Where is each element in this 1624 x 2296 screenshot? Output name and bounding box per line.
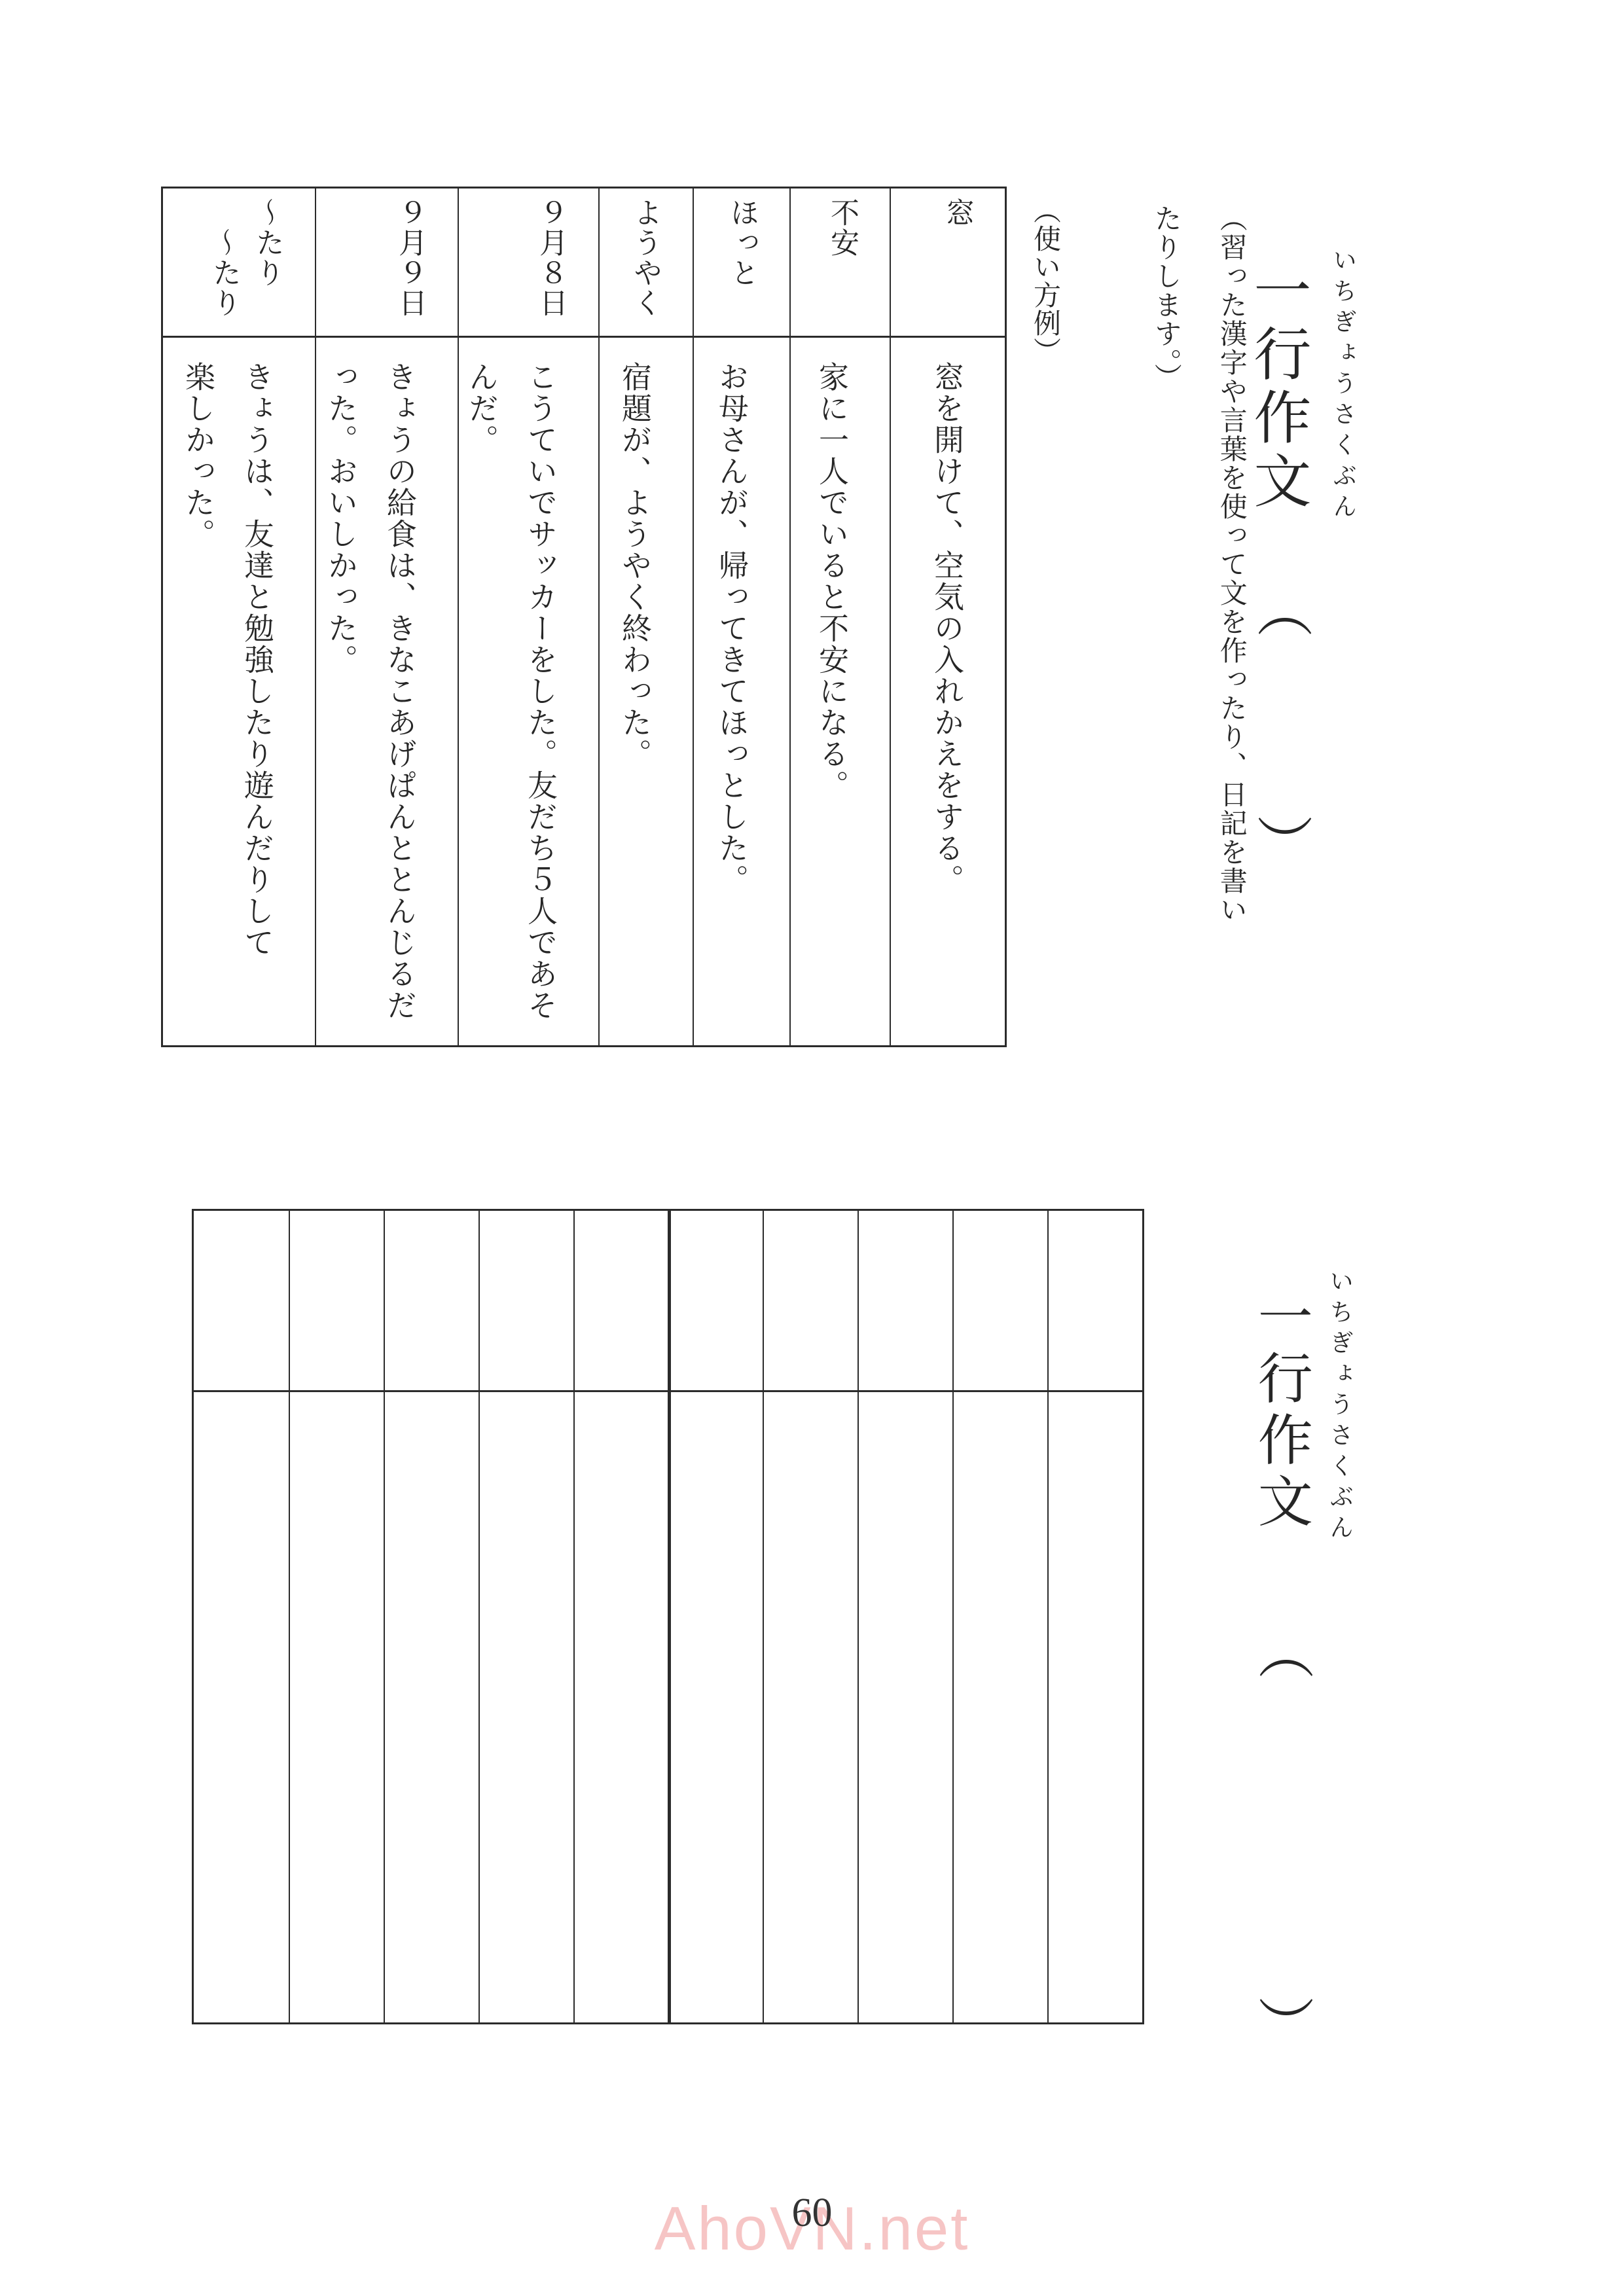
example-sentence-line: 宿題が、ようやく終わった。 <box>605 361 664 1035</box>
example-word: 不安 <box>820 198 863 336</box>
example-word-cell: ９月９日 <box>316 188 458 338</box>
top-paren-open: （ <box>1252 581 1308 637</box>
example-word: ９月９日 <box>388 198 431 336</box>
example-sentence-cell: きょうの給食は、きなこあげぱんととんじるだ った。おいしかった。 <box>316 338 458 1045</box>
example-sentence-line: 窓を開けて、空気の入れかえをする。 <box>917 361 976 1035</box>
practice-sentence-cell <box>384 1392 478 2022</box>
example-column-youyaku: ようやく 宿題が、ようやく終わった。 <box>598 188 693 1045</box>
example-sentence-line: こうていでサッカーをした。友だち５人であそ <box>511 361 569 1035</box>
instruction-note-line-1: （習った漢字や言葉を使って文を作ったり、日記を書い <box>1212 204 1250 924</box>
bottom-paren-open: （ <box>1253 1623 1309 1679</box>
practice-sentence-cell <box>763 1392 857 2022</box>
example-column-mado: 窓 窓を開けて、空気の入れかえをする。 <box>890 188 1005 1045</box>
example-sentence-cell: こうていでサッカーをした。友だち５人であそ んだ。 <box>459 338 598 1045</box>
bottom-title: 一行作文 <box>1251 1288 1308 1534</box>
example-word: ほっと <box>720 198 763 336</box>
example-column-fuan: 不安 家に一人でいると不安になる。 <box>789 188 890 1045</box>
example-sentence-cell: お母さんが、帰ってきてほっとした。 <box>694 338 789 1045</box>
example-sentence-line: んだ。 <box>459 361 511 1035</box>
practice-sentence-cell <box>194 1392 289 2022</box>
example-word-cell: 窓 <box>891 188 1005 338</box>
example-column-9gatsu8nichi: ９月８日 こうていでサッカーをした。友だち５人であそ んだ。 <box>458 188 598 1045</box>
example-word: 〜たり <box>245 198 289 336</box>
instruction-note-line-2: たりします。） <box>1147 204 1184 392</box>
page-number: 60 <box>0 2193 1624 2233</box>
practice-word-cell <box>194 1211 289 1392</box>
example-sentence-cell: 家に一人でいると不安になる。 <box>791 338 890 1045</box>
practice-grid <box>192 1209 1144 2024</box>
usage-example-label: （使い方例） <box>1025 196 1064 365</box>
example-word: 窓 <box>935 198 979 336</box>
example-word-cell: 不安 <box>791 188 890 338</box>
top-title-furigana: いちぎょうさくぶん <box>1328 247 1355 524</box>
example-sentence-line: お母さんが、帰ってきてほっとした。 <box>702 361 761 1035</box>
example-sentence-line: きょうは、友達と勉強したり遊んだりして <box>227 361 286 1035</box>
practice-word-cell <box>952 1211 1047 1392</box>
worksheet-page: いちぎょうさくぶん 一行作文 （ ） （習った漢字や言葉を使って文を作ったり、日… <box>0 0 1624 2296</box>
practice-word-cell <box>478 1211 573 1392</box>
example-word: ９月８日 <box>529 198 572 336</box>
example-word-cell: ほっと <box>694 188 789 338</box>
example-word-cell: ようやく <box>600 188 693 338</box>
practice-word-cell <box>573 1211 668 1392</box>
example-sentence-line: った。おいしかった。 <box>316 361 370 1035</box>
example-word-cell: ９月８日 <box>459 188 598 338</box>
practice-sentence-cell <box>478 1392 573 2022</box>
example-word: ようやく <box>623 198 666 336</box>
top-title: 一行作文 <box>1246 260 1307 514</box>
example-sentence-cell: 窓を開けて、空気の入れかえをする。 <box>891 338 1005 1045</box>
example-column-9gatsu9nichi: ９月９日 きょうの給食は、きなこあげぱんととんじるだ った。おいしかった。 <box>315 188 458 1045</box>
practice-sentence-cell <box>952 1392 1047 2022</box>
example-table: 窓 窓を開けて、空気の入れかえをする。 不安 家に一人でいると不安になる。 ほっ… <box>161 187 1007 1047</box>
practice-sentence-cell <box>1047 1392 1142 2022</box>
bottom-title-furigana: いちぎょうさくぶん <box>1325 1268 1352 1545</box>
example-sentence-line: 家に一人でいると不安になる。 <box>802 361 861 1035</box>
top-title-blank-parens: （ ） <box>1250 581 1310 870</box>
bottom-title-blank-parens: （ ） <box>1252 1623 1310 2052</box>
top-paren-close: ） <box>1252 814 1308 870</box>
example-column-tari-tari: 〜たり 〜たり きょうは、友達と勉強したり遊んだりして 楽しかった。 <box>163 188 315 1045</box>
bottom-paren-close: ） <box>1253 1996 1309 2052</box>
example-sentence-cell: 宿題が、ようやく終わった。 <box>600 338 693 1045</box>
practice-sentence-cell <box>668 1392 763 2022</box>
practice-sentence-cell <box>289 1392 384 2022</box>
example-sentence-line: きょうの給食は、きなこあげぱんととんじるだ <box>370 361 429 1035</box>
practice-word-cell <box>384 1211 478 1392</box>
practice-sentence-cell <box>857 1392 952 2022</box>
example-sentence-line: 楽しかった。 <box>168 361 227 1035</box>
example-sentence-cell: きょうは、友達と勉強したり遊んだりして 楽しかった。 <box>163 338 315 1045</box>
practice-word-cell <box>857 1211 952 1392</box>
example-word: 〜たり <box>202 198 245 336</box>
practice-sentence-cell <box>573 1392 668 2022</box>
practice-word-cell <box>289 1211 384 1392</box>
example-column-hotto: ほっと お母さんが、帰ってきてほっとした。 <box>693 188 789 1045</box>
practice-word-cell <box>763 1211 857 1392</box>
example-word-cell: 〜たり 〜たり <box>163 188 315 338</box>
practice-word-cell <box>668 1211 763 1392</box>
practice-word-cell <box>1047 1211 1142 1392</box>
